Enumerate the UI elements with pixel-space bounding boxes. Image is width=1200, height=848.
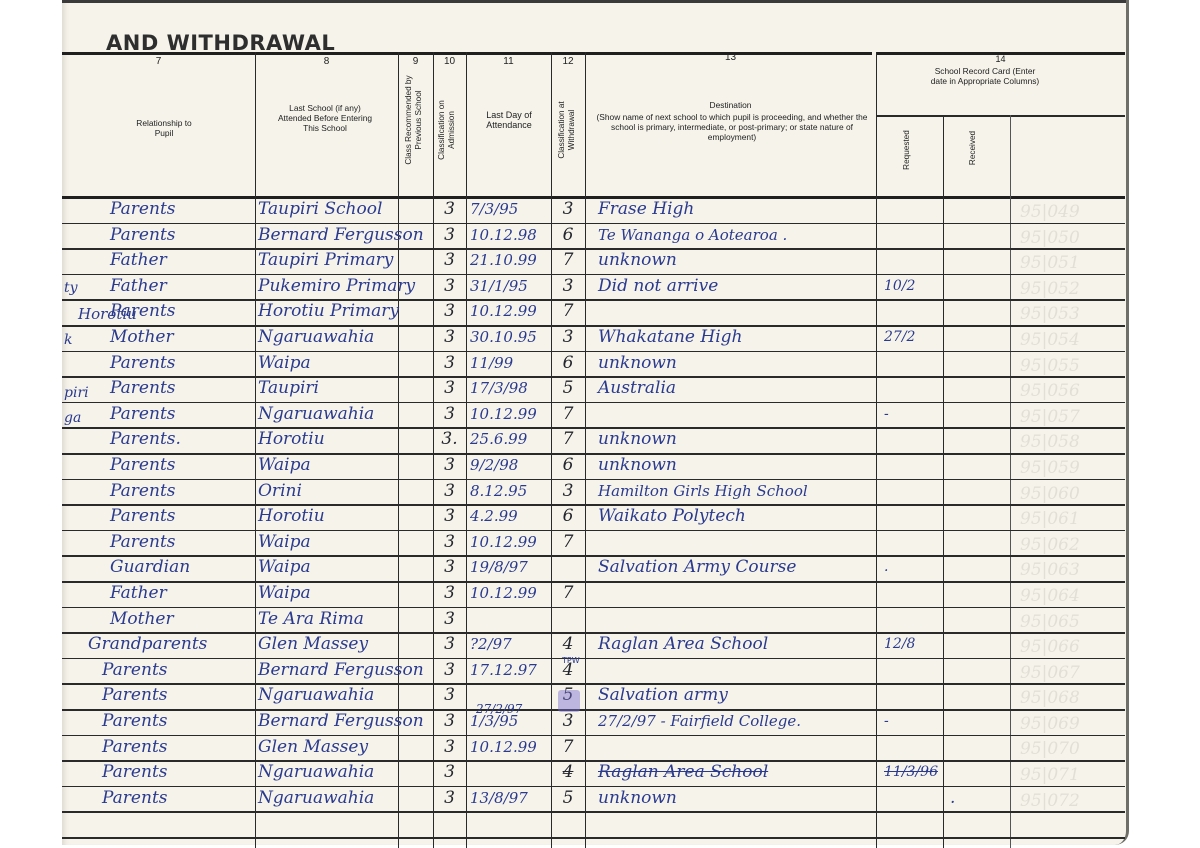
cell-destination: 27/2/97 - Fairfield College. xyxy=(598,709,876,734)
cell-relationship: Parents xyxy=(102,786,247,811)
cell-last-school: Ngaruawahia xyxy=(258,402,403,427)
cell-last-day: 7/3/95 xyxy=(470,197,550,222)
margin-note: piri xyxy=(64,385,89,401)
cell-relationship: Father xyxy=(110,274,255,299)
cell-last-day: 10.12.99 xyxy=(470,735,550,760)
cell-relationship: Parents xyxy=(102,760,247,785)
cell-requested: 10/2 xyxy=(884,274,942,299)
cell-class-admission: 3 xyxy=(433,376,466,401)
cell-last-day: 10.12.99 xyxy=(470,299,550,324)
col-13-number: 13 xyxy=(585,52,876,63)
cell-last-day: 13/8/97 xyxy=(470,786,550,811)
cell-last-school: Waipa xyxy=(258,351,403,376)
cell-class-withdrawal: 4 xyxy=(551,632,585,657)
cell-destination: Australia xyxy=(598,376,876,401)
cell-destination: unknown xyxy=(598,427,876,452)
cell-class-admission: 3 xyxy=(433,658,466,683)
cell-received: . xyxy=(950,786,1008,811)
cell-last-school: Ngaruawahia xyxy=(258,760,403,785)
cell-last-school: Ngaruawahia xyxy=(258,325,403,350)
cell-relationship: Parents xyxy=(102,735,247,760)
cell-class-admission: 3 xyxy=(433,632,466,657)
cell-destination: Raglan Area School xyxy=(598,632,876,657)
cell-class-admission: 3 xyxy=(433,760,466,785)
row-divider xyxy=(62,811,1125,813)
cell-last-school: Orini xyxy=(258,479,403,504)
cell-class-admission: 3 xyxy=(433,402,466,427)
cell-last-school: Glen Massey xyxy=(258,632,403,657)
cell-relationship: Parents xyxy=(110,376,255,401)
cell-class-admission: 3 xyxy=(433,581,466,606)
cell-class-admission: 3 xyxy=(433,607,466,632)
cell-last-day: 4.2.99 xyxy=(470,504,550,529)
cell-relationship: Grandparents xyxy=(88,632,233,657)
cell-destination: Did not arrive xyxy=(598,274,876,299)
cell-relationship: Parents xyxy=(102,683,247,708)
cell-class-admission: 3 xyxy=(433,248,466,273)
cell-destination: Whakatane High xyxy=(598,325,876,350)
cell-last-school: Taupiri School xyxy=(258,197,403,222)
col-11-number: 11 xyxy=(466,56,551,67)
cell-class-admission: 3 xyxy=(433,197,466,222)
col-12-header: Classification at Withdrawal xyxy=(557,85,576,175)
col-14-requested-header: Requested xyxy=(902,120,912,180)
cell-last-day: 11/99 xyxy=(470,351,550,376)
cell-class-withdrawal: 3 xyxy=(551,197,585,222)
bleed-through: 95|04995|05095|05195|05295|05395|05495|0… xyxy=(1020,200,1080,814)
column-divider xyxy=(876,52,877,848)
cell-class-admission: 3 xyxy=(433,504,466,529)
cell-destination: unknown xyxy=(598,453,876,478)
cell-class-withdrawal: 3 xyxy=(551,274,585,299)
col-14-number: 14 xyxy=(876,54,1125,64)
cell-last-school: Glen Massey xyxy=(258,735,403,760)
page-top-edge xyxy=(62,0,1126,3)
cell-last-school: Bernard Fergusson xyxy=(258,223,403,248)
cell-destination: Hamilton Girls High School xyxy=(598,479,876,504)
record-card-subrule xyxy=(876,115,1125,117)
cell-class-admission: 3 xyxy=(433,351,466,376)
cell-class-admission: 3. xyxy=(433,427,466,452)
margin-note: k xyxy=(64,332,72,348)
cell-relationship: Parents xyxy=(110,479,255,504)
cell-relationship: Parents xyxy=(110,453,255,478)
col-11-header: Last Day of Attendance xyxy=(480,110,538,130)
cell-relationship: Parents. xyxy=(110,427,255,452)
cell-class-withdrawal: 7 xyxy=(551,248,585,273)
cell-class-withdrawal: 5 xyxy=(551,376,585,401)
cell-last-day: 8.12.95 xyxy=(470,479,550,504)
cell-class-admission: 3 xyxy=(433,299,466,324)
col-14-received-header: Received xyxy=(968,118,978,178)
cell-class-withdrawal: 6 xyxy=(551,504,585,529)
cell-class-withdrawal: 6 xyxy=(551,453,585,478)
cell-class-admission: 3 xyxy=(433,530,466,555)
cell-relationship: Parents xyxy=(110,504,255,529)
cell-last-school: Waipa xyxy=(258,555,403,580)
cell-last-day: 10.12.99 xyxy=(470,530,550,555)
cell-destination: Salvation Army Course xyxy=(598,555,876,580)
col-9-header: Class Recommended by Previous School xyxy=(404,60,423,180)
margin-note: ty xyxy=(64,280,78,296)
cell-class-admission: 3 xyxy=(433,709,466,734)
cell-class-admission: 3 xyxy=(433,735,466,760)
col-8-number: 8 xyxy=(255,56,398,67)
col-8-header: Last School (if any) Attended Before Ent… xyxy=(275,103,375,133)
cell-last-day: 21.10.99 xyxy=(470,248,550,273)
col-12-number: 12 xyxy=(551,56,585,67)
cell-relationship: Parents xyxy=(102,709,247,734)
cell-last-day: 10.12.98 xyxy=(470,223,550,248)
cell-destination: Frase High xyxy=(598,197,876,222)
column-divider xyxy=(466,52,467,848)
cell-class-withdrawal: 5 xyxy=(551,786,585,811)
col-13-subheader: (Show name of next school to which pupil… xyxy=(592,112,872,142)
cell-last-school: Horotiu xyxy=(258,504,403,529)
cell-last-school: Taupiri xyxy=(258,376,403,401)
cell-relationship: Mother xyxy=(110,325,255,350)
cell-last-school: Pukemiro Primary xyxy=(258,274,403,299)
cell-last-day: 19/8/97 xyxy=(470,555,550,580)
cell-relationship: Parents xyxy=(110,223,255,248)
cell-relationship: Guardian xyxy=(110,555,255,580)
cell-last-school: Ngaruawahia xyxy=(258,786,403,811)
cell-last-day: 10.12.99 xyxy=(470,402,550,427)
cell-requested: - xyxy=(884,709,942,734)
cell-destination: unknown xyxy=(598,351,876,376)
cell-class-admission: 3 xyxy=(433,453,466,478)
col-14-header: School Record Card (Enter date in Approp… xyxy=(930,66,1040,86)
cell-class-withdrawal: 7 xyxy=(551,530,585,555)
cell-requested: . xyxy=(884,555,942,580)
cell-relationship: Mother xyxy=(110,607,255,632)
cell-class-withdrawal: 3 xyxy=(551,709,585,734)
cell-class-admission: 3 xyxy=(433,555,466,580)
cell-relationship: Father xyxy=(110,581,255,606)
margin-note: ga xyxy=(64,410,81,426)
cell-destination: Waikato Polytech xyxy=(598,504,876,529)
cell-class-withdrawal: 6 xyxy=(551,351,585,376)
last-day-note: 27/2/97 xyxy=(476,697,522,722)
cell-last-day: 30.10.95 xyxy=(470,325,550,350)
cell-class-withdrawal: 7 xyxy=(551,299,585,324)
cell-last-school: Horotiu xyxy=(258,427,403,452)
column-divider xyxy=(943,115,944,848)
column-divider xyxy=(585,52,586,848)
cell-last-day: 17/3/98 xyxy=(470,376,550,401)
column-divider xyxy=(255,52,256,848)
cell-relationship: Parents xyxy=(102,658,247,683)
cell-last-school: Waipa xyxy=(258,581,403,606)
cell-class-withdrawal: 4 xyxy=(551,760,585,785)
cell-last-day: 10.12.99 xyxy=(470,581,550,606)
cell-destination: Te Wananga o Aotearoa . xyxy=(598,223,876,248)
cell-last-day: 25.6.99 xyxy=(470,427,550,452)
cell-class-admission: 3 xyxy=(433,479,466,504)
cell-class-admission: 3 xyxy=(433,325,466,350)
col-10-number: 10 xyxy=(433,56,466,67)
cell-last-school: Taupiri Primary xyxy=(258,248,403,273)
cell-relationship: Parents xyxy=(110,197,255,222)
cell-last-school: Waipa xyxy=(258,453,403,478)
cell-requested: 27/2 xyxy=(884,325,942,350)
col-7-header: Relationship to Pupil xyxy=(128,118,200,138)
cell-relationship: Parents xyxy=(110,351,255,376)
cell-class-admission: 3 xyxy=(433,683,466,708)
cell-last-day: 9/2/98 xyxy=(470,453,550,478)
cell-last-school: Ngaruawahia xyxy=(258,683,403,708)
cell-last-school: Horotiu Primary xyxy=(258,299,403,324)
cell-class-withdrawal: 7 xyxy=(551,402,585,427)
cell-destination: unknown xyxy=(598,786,876,811)
cell-last-school: Bernard Fergusson xyxy=(258,709,403,734)
cell-class-withdrawal: 7 xyxy=(551,581,585,606)
margin-note: Horotiu xyxy=(78,305,137,323)
cell-last-day: 17.12.97 xyxy=(470,658,550,683)
col-7-number: 7 xyxy=(62,56,255,67)
cell-class-withdrawal: 6 xyxy=(551,223,585,248)
cell-last-school: Bernard Fergusson xyxy=(258,658,403,683)
cell-destination: Salvation army xyxy=(598,683,876,708)
column-divider xyxy=(1010,115,1011,848)
cell-class-admission: 3 xyxy=(433,223,466,248)
cell-relationship: Parents xyxy=(110,402,255,427)
cell-class-withdrawal: 7 xyxy=(551,735,585,760)
cell-relationship: Father xyxy=(110,248,255,273)
col-10-header: Classification on Admission xyxy=(437,85,456,175)
cell-destination: unknown xyxy=(598,248,876,273)
cell-class-admission: 3 xyxy=(433,274,466,299)
cell-class-withdrawal: 3 xyxy=(551,479,585,504)
cell-class-admission: 3 xyxy=(433,786,466,811)
row-divider xyxy=(62,837,1125,839)
cell-class-withdrawal: 7 xyxy=(551,427,585,452)
cell-class-withdrawal: 3 xyxy=(551,325,585,350)
cell-requested: 12/8 xyxy=(884,632,942,657)
cell-requested: - xyxy=(884,402,942,427)
cell-requested: 11/3/96 xyxy=(884,760,942,785)
cell-last-school: Te Ara Rima xyxy=(258,607,403,632)
ink-stamp xyxy=(558,690,580,712)
cell-last-school: Waipa xyxy=(258,530,403,555)
cell-last-day: 31/1/95 xyxy=(470,274,550,299)
col-13-header: Destination xyxy=(585,100,876,110)
cell-last-day: ?2/97 xyxy=(470,632,550,657)
cell-destination: Raglan Area School xyxy=(598,760,876,785)
cell-relationship: Parents xyxy=(110,530,255,555)
withdrawal-note: TPW xyxy=(562,656,580,665)
